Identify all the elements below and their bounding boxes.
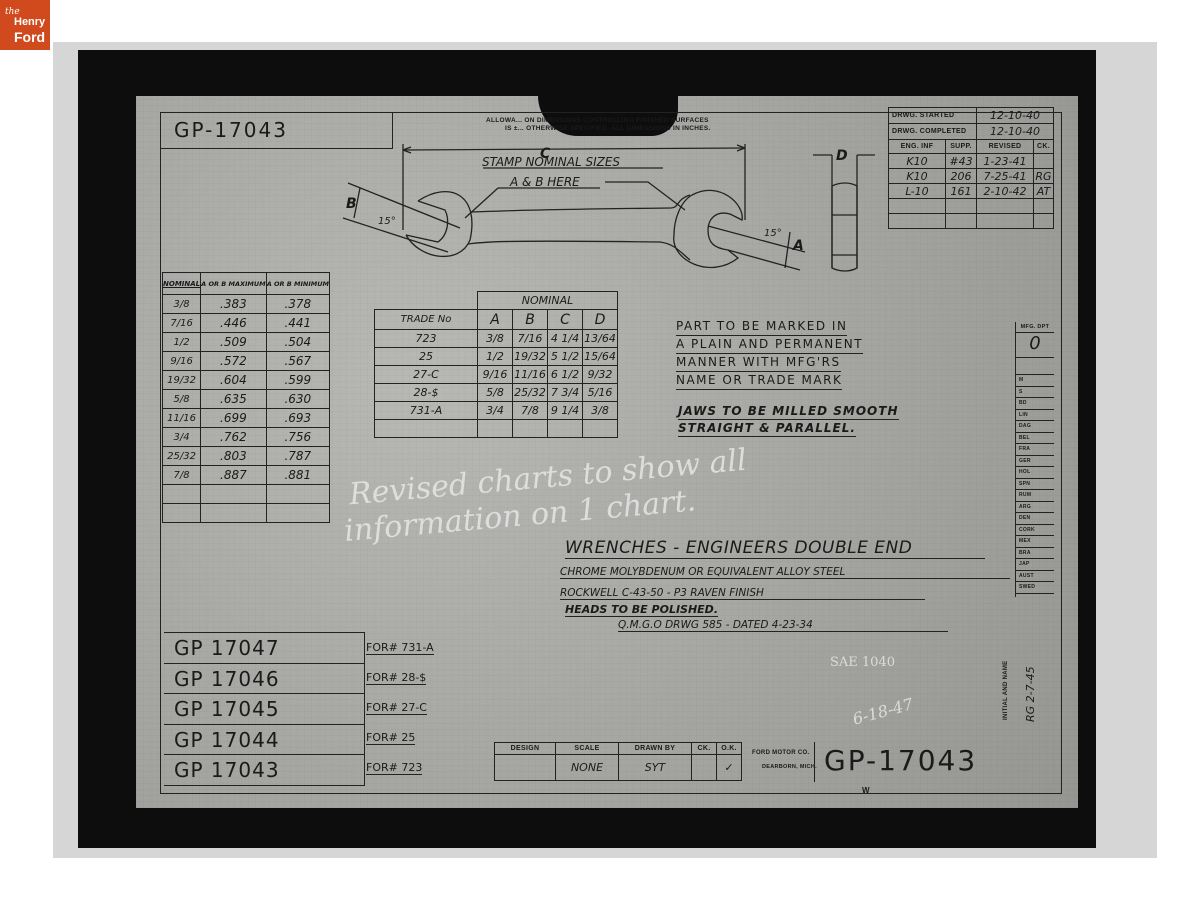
revision-row — [889, 214, 1054, 229]
revision-row — [889, 199, 1054, 214]
gp-for-trade: FOR# 723 — [366, 761, 422, 775]
size-row: 3/4.762.756 — [163, 428, 330, 447]
hardness-spec: ROCKWELL C-43-50 - P3 RAVEN FINISH — [560, 587, 925, 600]
jaws-note: JAWS TO BE MILLED SMOOTH STRAIGHT & PARA… — [678, 403, 899, 437]
mfg-dept-item: SWED — [1016, 582, 1054, 594]
mfg-dept-item: CORK — [1016, 525, 1054, 537]
trade-row — [375, 420, 618, 438]
mfg-dept-item: BEL — [1016, 433, 1054, 445]
mfg-dept-item: JAP — [1016, 559, 1054, 571]
size-row: 11/16.699.693 — [163, 409, 330, 428]
gp-number: GP 17043 — [164, 755, 364, 785]
drawing-number-footer: GP-17043 — [824, 744, 977, 777]
mfg-dept-item: S — [1016, 387, 1054, 399]
size-row: 3/8.383.378 — [163, 295, 330, 314]
svg-text:STAMP NOMINAL SIZES: STAMP NOMINAL SIZES — [482, 155, 620, 169]
mfg-dept-item: M — [1016, 375, 1054, 387]
revision-record-table: DRWG. STARTED12-10-40 DRWG. COMPLETED12-… — [888, 107, 1054, 229]
revision-row: K102067-25-41RG — [889, 169, 1054, 184]
polish-spec: HEADS TO BE POLISHED. — [565, 603, 718, 617]
mfg-dept-item: MEX — [1016, 536, 1054, 548]
svg-text:A & B HERE: A & B HERE — [509, 175, 580, 189]
size-row: 9/16.572.567 — [163, 352, 330, 371]
revision-row: K10#431-23-41 — [889, 154, 1054, 169]
gp-for-trade: FOR# 28-$ — [366, 671, 426, 685]
trade-row: 251/219/325 1/215/64 — [375, 348, 618, 366]
mfg-dept-item: SPN — [1016, 479, 1054, 491]
trade-row: 7233/87/164 1/413/64 — [375, 330, 618, 348]
mfg-dept-column: MFG. DPT 0 MSBDLINDAGBELFRAGERHOLSPNRUMA… — [1015, 322, 1054, 597]
mfg-dept-item: HOL — [1016, 467, 1054, 479]
part-title: WRENCHES - ENGINEERS DOUBLE END — [565, 538, 985, 559]
gp-for-trade: FOR# 25 — [366, 731, 415, 745]
w-mark: W — [862, 786, 870, 795]
mfg-dept-item: GER — [1016, 456, 1054, 468]
gp-number-list: GP 17047GP 17046GP 17045GP 17044GP 17043 — [164, 632, 365, 786]
gp-number: GP 17044 — [164, 725, 364, 756]
mfg-dept-item: DEN — [1016, 513, 1054, 525]
drawing-number-top: GP-17043 — [174, 118, 288, 142]
allowance-note-2: IS ±... OTHERWISE SPECIFIED. ALL DIMENSI… — [505, 125, 711, 132]
revision-row: L-101612-10-42AT — [889, 184, 1054, 199]
size-row: 7/8.887.881 — [163, 466, 330, 485]
trade-number-table: NOMINAL TRADE NoABCD 7233/87/164 1/413/6… — [374, 291, 618, 438]
gp-number: GP 17047 — [164, 633, 364, 664]
trade-row: 27-C9/1611/166 1/29/32 — [375, 366, 618, 384]
gp-for-trade: FOR# 731-A — [366, 641, 434, 655]
size-row — [163, 485, 330, 504]
gp-for-trade: FOR# 27-C — [366, 701, 427, 715]
gp-number: GP 17045 — [164, 694, 364, 725]
svg-text:D: D — [836, 148, 848, 164]
sae-annotation: SAE 1040 — [830, 655, 895, 670]
allowance-note-1: ALLOWA... ON DIMENSIONS CONTROLLING FINI… — [486, 117, 709, 124]
size-row: 19/32.604.599 — [163, 371, 330, 390]
qmgo-reference: Q.M.G.O DRWG 585 - DATED 4-23-34 — [618, 619, 948, 632]
svg-text:B: B — [346, 196, 357, 212]
mfg-dept-item: RUM — [1016, 490, 1054, 502]
company-name: FORD MOTOR CO. — [752, 750, 809, 756]
gp-number: GP 17046 — [164, 664, 364, 695]
mfg-dept-item: LIN — [1016, 410, 1054, 422]
trade-row: 731-A3/47/89 1/43/8 — [375, 402, 618, 420]
mfg-dept-item: FRA — [1016, 444, 1054, 456]
company-location: DEARBORN, MICH. — [762, 764, 817, 770]
trade-row: 28-$5/825/327 3/45/16 — [375, 384, 618, 402]
size-row: 7/16.446.441 — [163, 314, 330, 333]
mfg-dept-item: AUST — [1016, 571, 1054, 583]
marking-note: PART TO BE MARKED IN A PLAIN AND PERMANE… — [676, 318, 863, 390]
mfg-dept-item: BD — [1016, 398, 1054, 410]
initial-label: INITIAL AND NAME — [1003, 661, 1009, 720]
size-row: 1/2.509.504 — [163, 333, 330, 352]
wrench-drawing: C STAMP NOMINAL SIZES A & B HERE B 15° 1… — [330, 140, 890, 280]
mfg-dept-item: BRA — [1016, 548, 1054, 560]
size-tolerance-table: NOMINALA OR B MAXIMUMA OR B MINIMUM 3/8.… — [162, 272, 330, 523]
size-row — [163, 504, 330, 523]
svg-text:15°: 15° — [764, 228, 782, 239]
svg-text:15°: 15° — [378, 216, 396, 227]
mfg-dept-item: ARG — [1016, 502, 1054, 514]
footer-title-block: DESIGNSCALEDRAWN BYCK.O.K. NONESYT✓ — [494, 742, 742, 781]
gp-for-list: FOR# 731-AFOR# 28-$FOR# 27-CFOR# 25FOR# … — [366, 634, 434, 784]
footer-divider — [814, 742, 815, 782]
svg-text:A: A — [792, 238, 804, 254]
initial-value: RG 2-7-45 — [1024, 666, 1037, 722]
material-spec: CHROME MOLYBDENUM OR EQUIVALENT ALLOY ST… — [560, 566, 1010, 579]
size-row: 5/8.635.630 — [163, 390, 330, 409]
henry-ford-logo: the Henry Ford — [0, 0, 50, 50]
mfg-dept-item: DAG — [1016, 421, 1054, 433]
size-row: 25/32.803.787 — [163, 447, 330, 466]
